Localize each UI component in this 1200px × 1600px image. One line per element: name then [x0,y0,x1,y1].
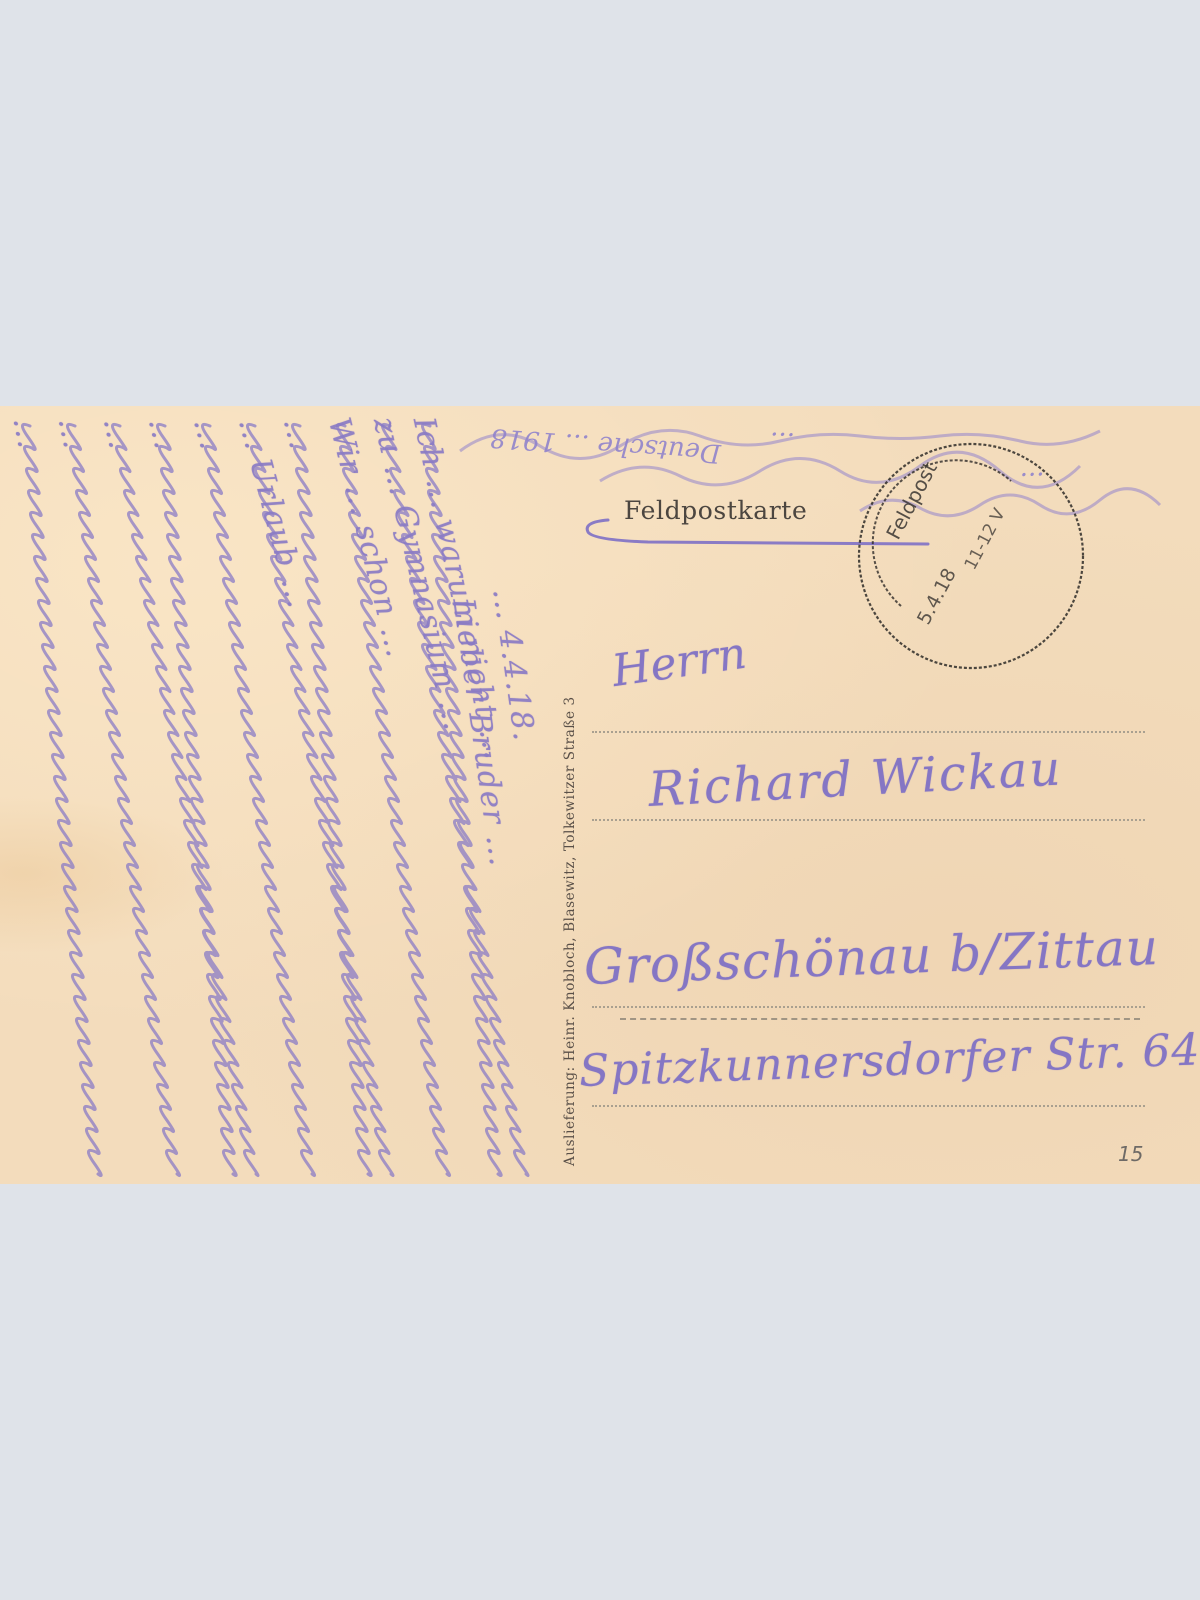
printer-imprint: Auslieferung: Heinr. Knobloch, Blasewitz… [562,696,578,1166]
address-salutation: Herrn [609,628,750,697]
card-heading: Feldpostkarte [624,496,807,525]
address-line-2 [592,819,1145,821]
address-line-3 [592,1006,1145,1008]
postmark-text: Feldpost [881,458,942,544]
address-line-4 [592,1105,1145,1107]
address-name: Richard Wickau [647,740,1064,818]
postcard: ... 4.4.18. Lieber Bruder ... Ich ... wa… [0,406,1200,1184]
postmark-date: 5.4.18 [913,565,961,629]
postmark-time: 11-12 V [961,505,1010,573]
page: ... 4.4.18. Lieber Bruder ... Ich ... wa… [0,0,1200,1600]
pencil-number: 15 [1118,1142,1143,1166]
postmark-stamp: Feldpost 5.4.18 11-12 V [846,436,1096,676]
address-street: Spitzkunnersdorfer Str. 649 [578,1023,1200,1097]
address-city: Großschönau b/Zittau [583,918,1160,996]
address-line-1 [592,731,1145,733]
address-line-3-underline [620,1018,1140,1020]
